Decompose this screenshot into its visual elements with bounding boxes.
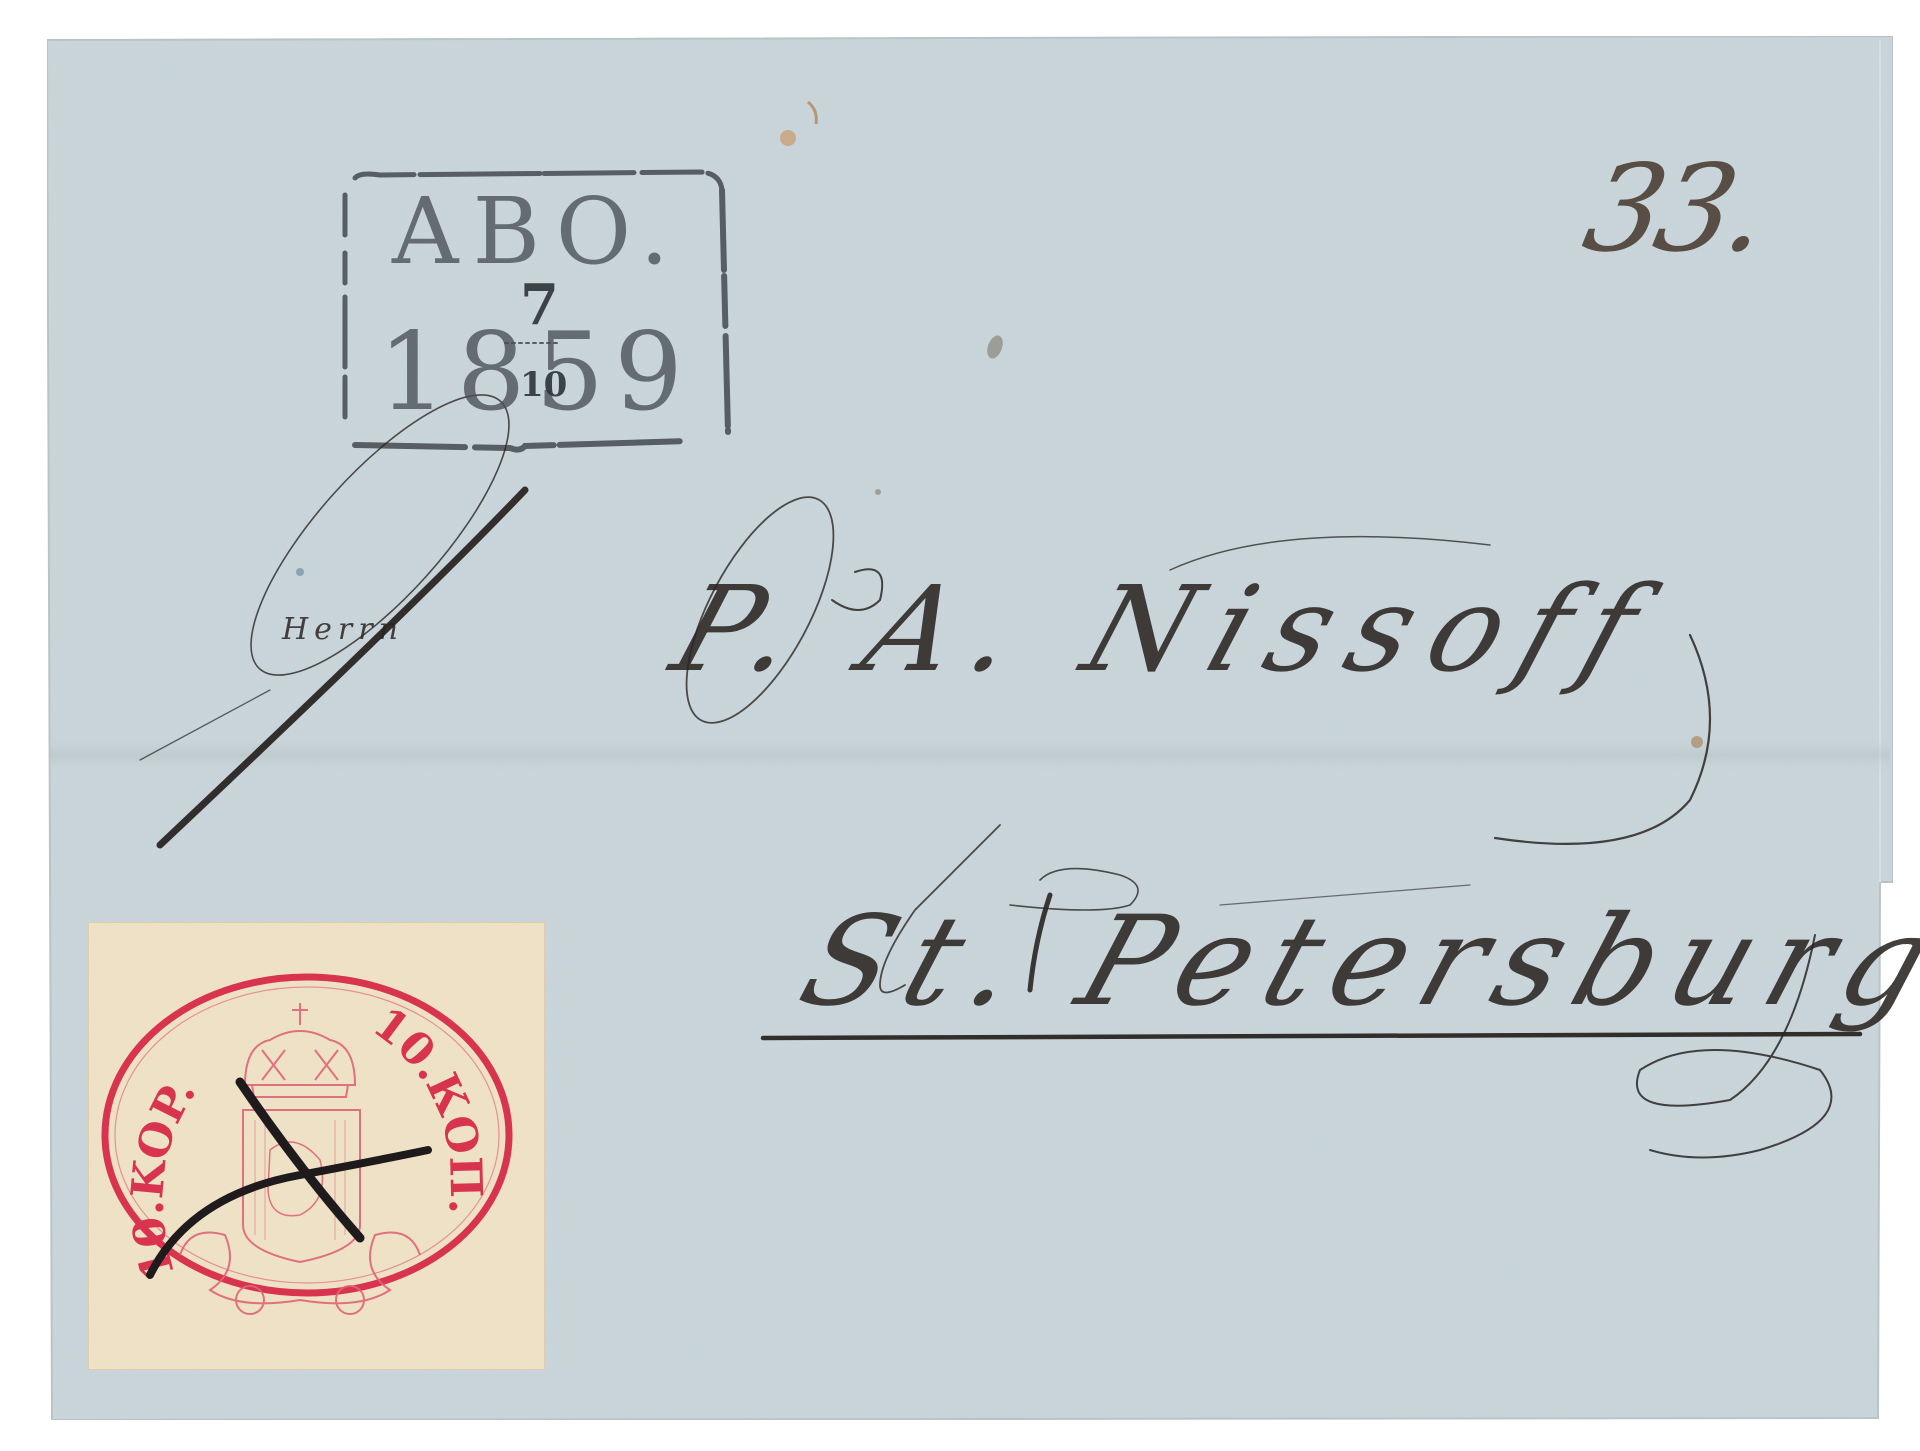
postal-cover: 10.KOP. 10.КОП. ABO. 7 1859 10 33. Herrn… bbox=[0, 0, 1920, 1451]
address-recipient: P. A. Nissoff bbox=[658, 560, 1674, 698]
postage-stamp: 10.KOP. 10.КОП. bbox=[88, 922, 545, 1370]
postmark-city: ABO. bbox=[392, 178, 683, 285]
postmark-month: 10 bbox=[520, 365, 567, 405]
address-city: St. Petersburg bbox=[785, 890, 1920, 1034]
address-salutation: Herrn bbox=[282, 612, 404, 647]
manuscript-rate-note: 33. bbox=[1573, 140, 1775, 279]
